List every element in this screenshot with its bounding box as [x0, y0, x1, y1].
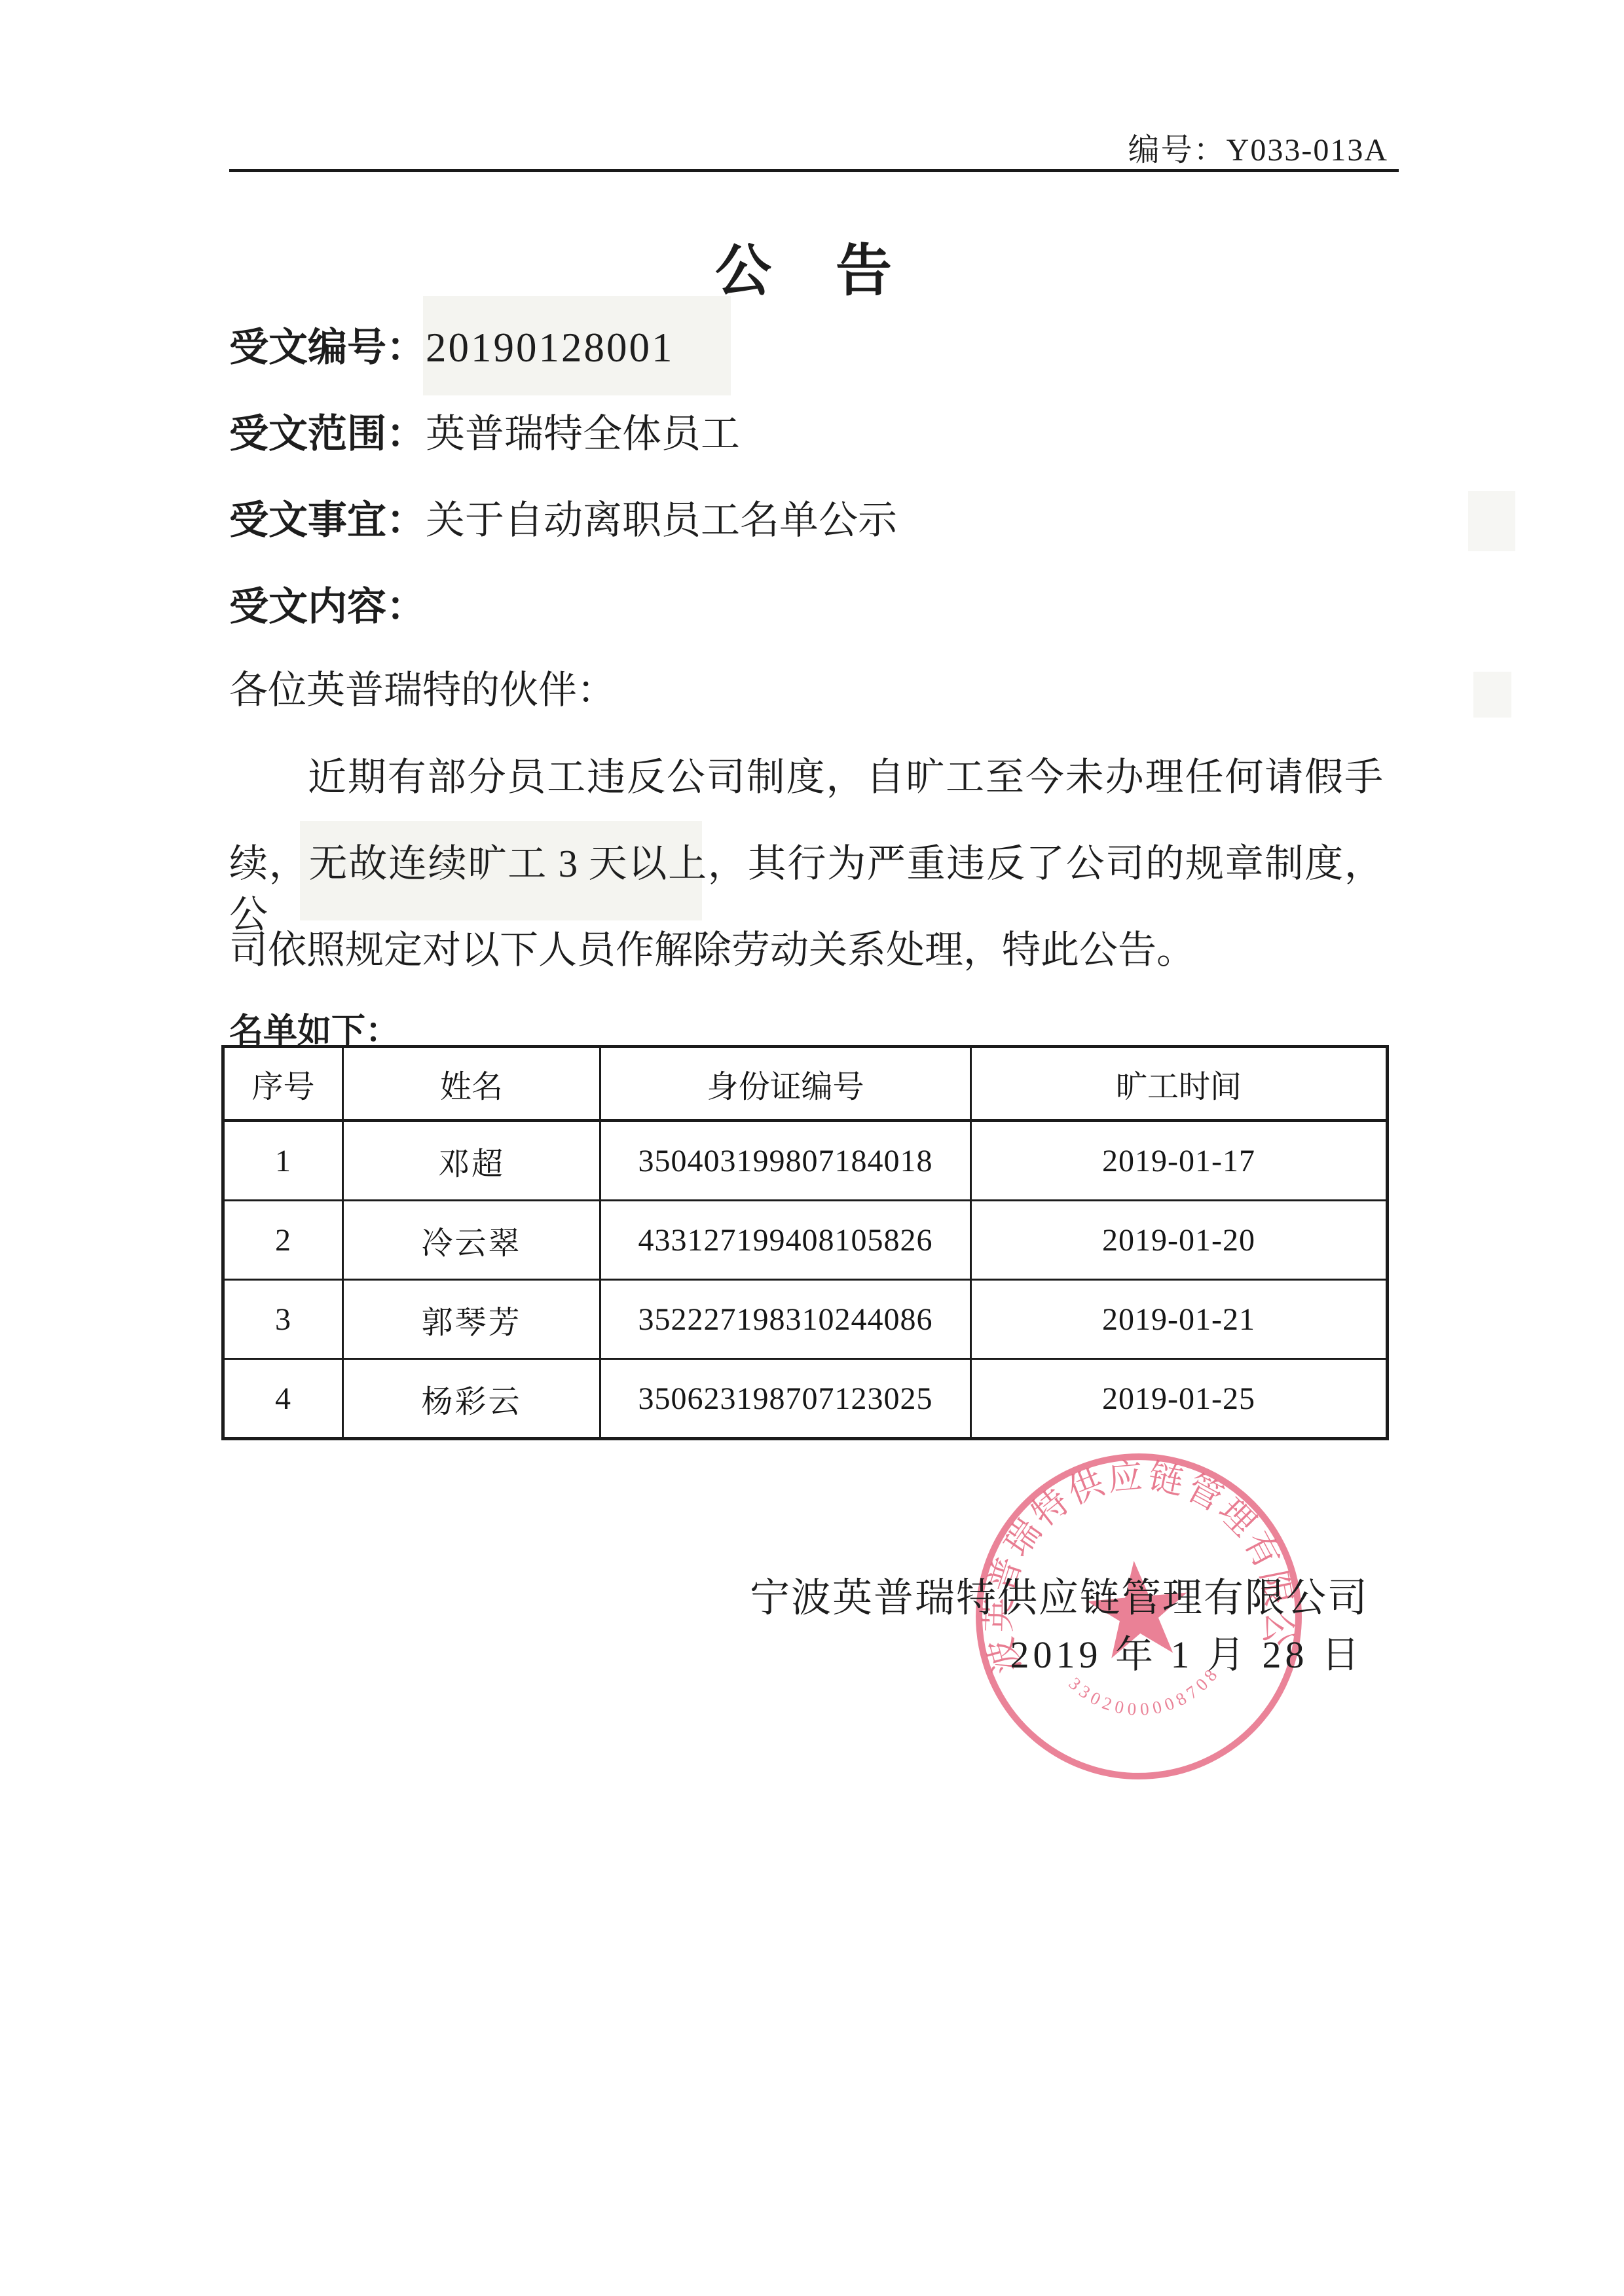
- cell-id-number: 350403199807184018: [600, 1121, 971, 1201]
- table-row: 2 冷云翠 433127199408105826 2019-01-20: [223, 1201, 1388, 1280]
- cell-id-number: 352227198310244086: [600, 1280, 971, 1359]
- cell-name: 郭琴芳: [343, 1280, 600, 1359]
- cell-index: 1: [223, 1121, 343, 1201]
- cell-index: 2: [223, 1201, 343, 1280]
- table-row: 1 邓超 350403199807184018 2019-01-17: [223, 1121, 1388, 1201]
- meta-row-scope: 受文范围： 英普瑞特全体员工: [229, 409, 1388, 461]
- doc-ref-number: 编号：Y033-013A: [1128, 124, 1388, 170]
- announcement-document: 编号：Y033-013A 公 告 受文编号： 20190128001 受文范围：…: [0, 0, 1624, 2296]
- meta-label: 受文内容：: [229, 581, 426, 632]
- dismissed-employees-table: 序号 姓名 身份证编号 旷工时间 1 邓超 350403199807184018…: [221, 1045, 1389, 1440]
- cell-index: 3: [223, 1280, 343, 1359]
- meta-value: 关于自动离职员工名单公示: [426, 495, 897, 546]
- cell-absence-date: 2019-01-25: [971, 1359, 1388, 1439]
- header-rule: [229, 169, 1399, 172]
- body-paragraph-line: 司依照规定对以下人员作解除劳动关系处理，特此公告。: [229, 924, 1383, 975]
- col-header-name: 姓名: [343, 1047, 600, 1121]
- meta-row-content: 受文内容：: [229, 581, 1388, 634]
- table-row: 3 郭琴芳 352227198310244086 2019-01-21: [223, 1280, 1388, 1359]
- meta-row-subject: 受文事宜： 关于自动离职员工名单公示: [229, 495, 1388, 547]
- body-paragraph-line: 近期有部分员工违反公司制度，自旷工至今未办理任何请假手: [229, 752, 1383, 803]
- col-header-absence-date: 旷工时间: [971, 1047, 1388, 1121]
- salutation: 各位英普瑞特的伙伴：: [229, 665, 616, 715]
- meta-value: 20190128001: [426, 322, 674, 373]
- scan-artifact: [1473, 672, 1511, 718]
- cell-name: 杨彩云: [343, 1359, 600, 1439]
- col-header-id-number: 身份证编号: [600, 1047, 971, 1121]
- meta-label: 受文编号：: [229, 322, 426, 373]
- signature-date: 2019 年 1 月 28 日: [1010, 1624, 1363, 1679]
- meta-value: 英普瑞特全体员工: [426, 409, 740, 460]
- table-header-row: 序号 姓名 身份证编号 旷工时间: [223, 1047, 1388, 1121]
- page-title: 公 告: [229, 225, 1382, 306]
- table-row: 4 杨彩云 350623198707123025 2019-01-25: [223, 1359, 1388, 1439]
- cell-absence-date: 2019-01-20: [971, 1201, 1388, 1280]
- meta-label: 受文范围：: [229, 409, 426, 460]
- cell-id-number: 350623198707123025: [600, 1359, 971, 1439]
- cell-absence-date: 2019-01-21: [971, 1280, 1388, 1359]
- scan-artifact: [1468, 491, 1515, 551]
- cell-name: 冷云翠: [343, 1201, 600, 1280]
- cell-name: 邓超: [343, 1121, 600, 1201]
- cell-id-number: 433127199408105826: [600, 1201, 971, 1280]
- cell-index: 4: [223, 1359, 343, 1439]
- meta-row-doc-number: 受文编号： 20190128001: [229, 322, 1388, 374]
- col-header-index: 序号: [223, 1047, 343, 1121]
- cell-absence-date: 2019-01-17: [971, 1121, 1388, 1201]
- signature-company: 宁波英普瑞特供应链管理有限公司: [750, 1566, 1369, 1623]
- meta-label: 受文事宜：: [229, 495, 426, 546]
